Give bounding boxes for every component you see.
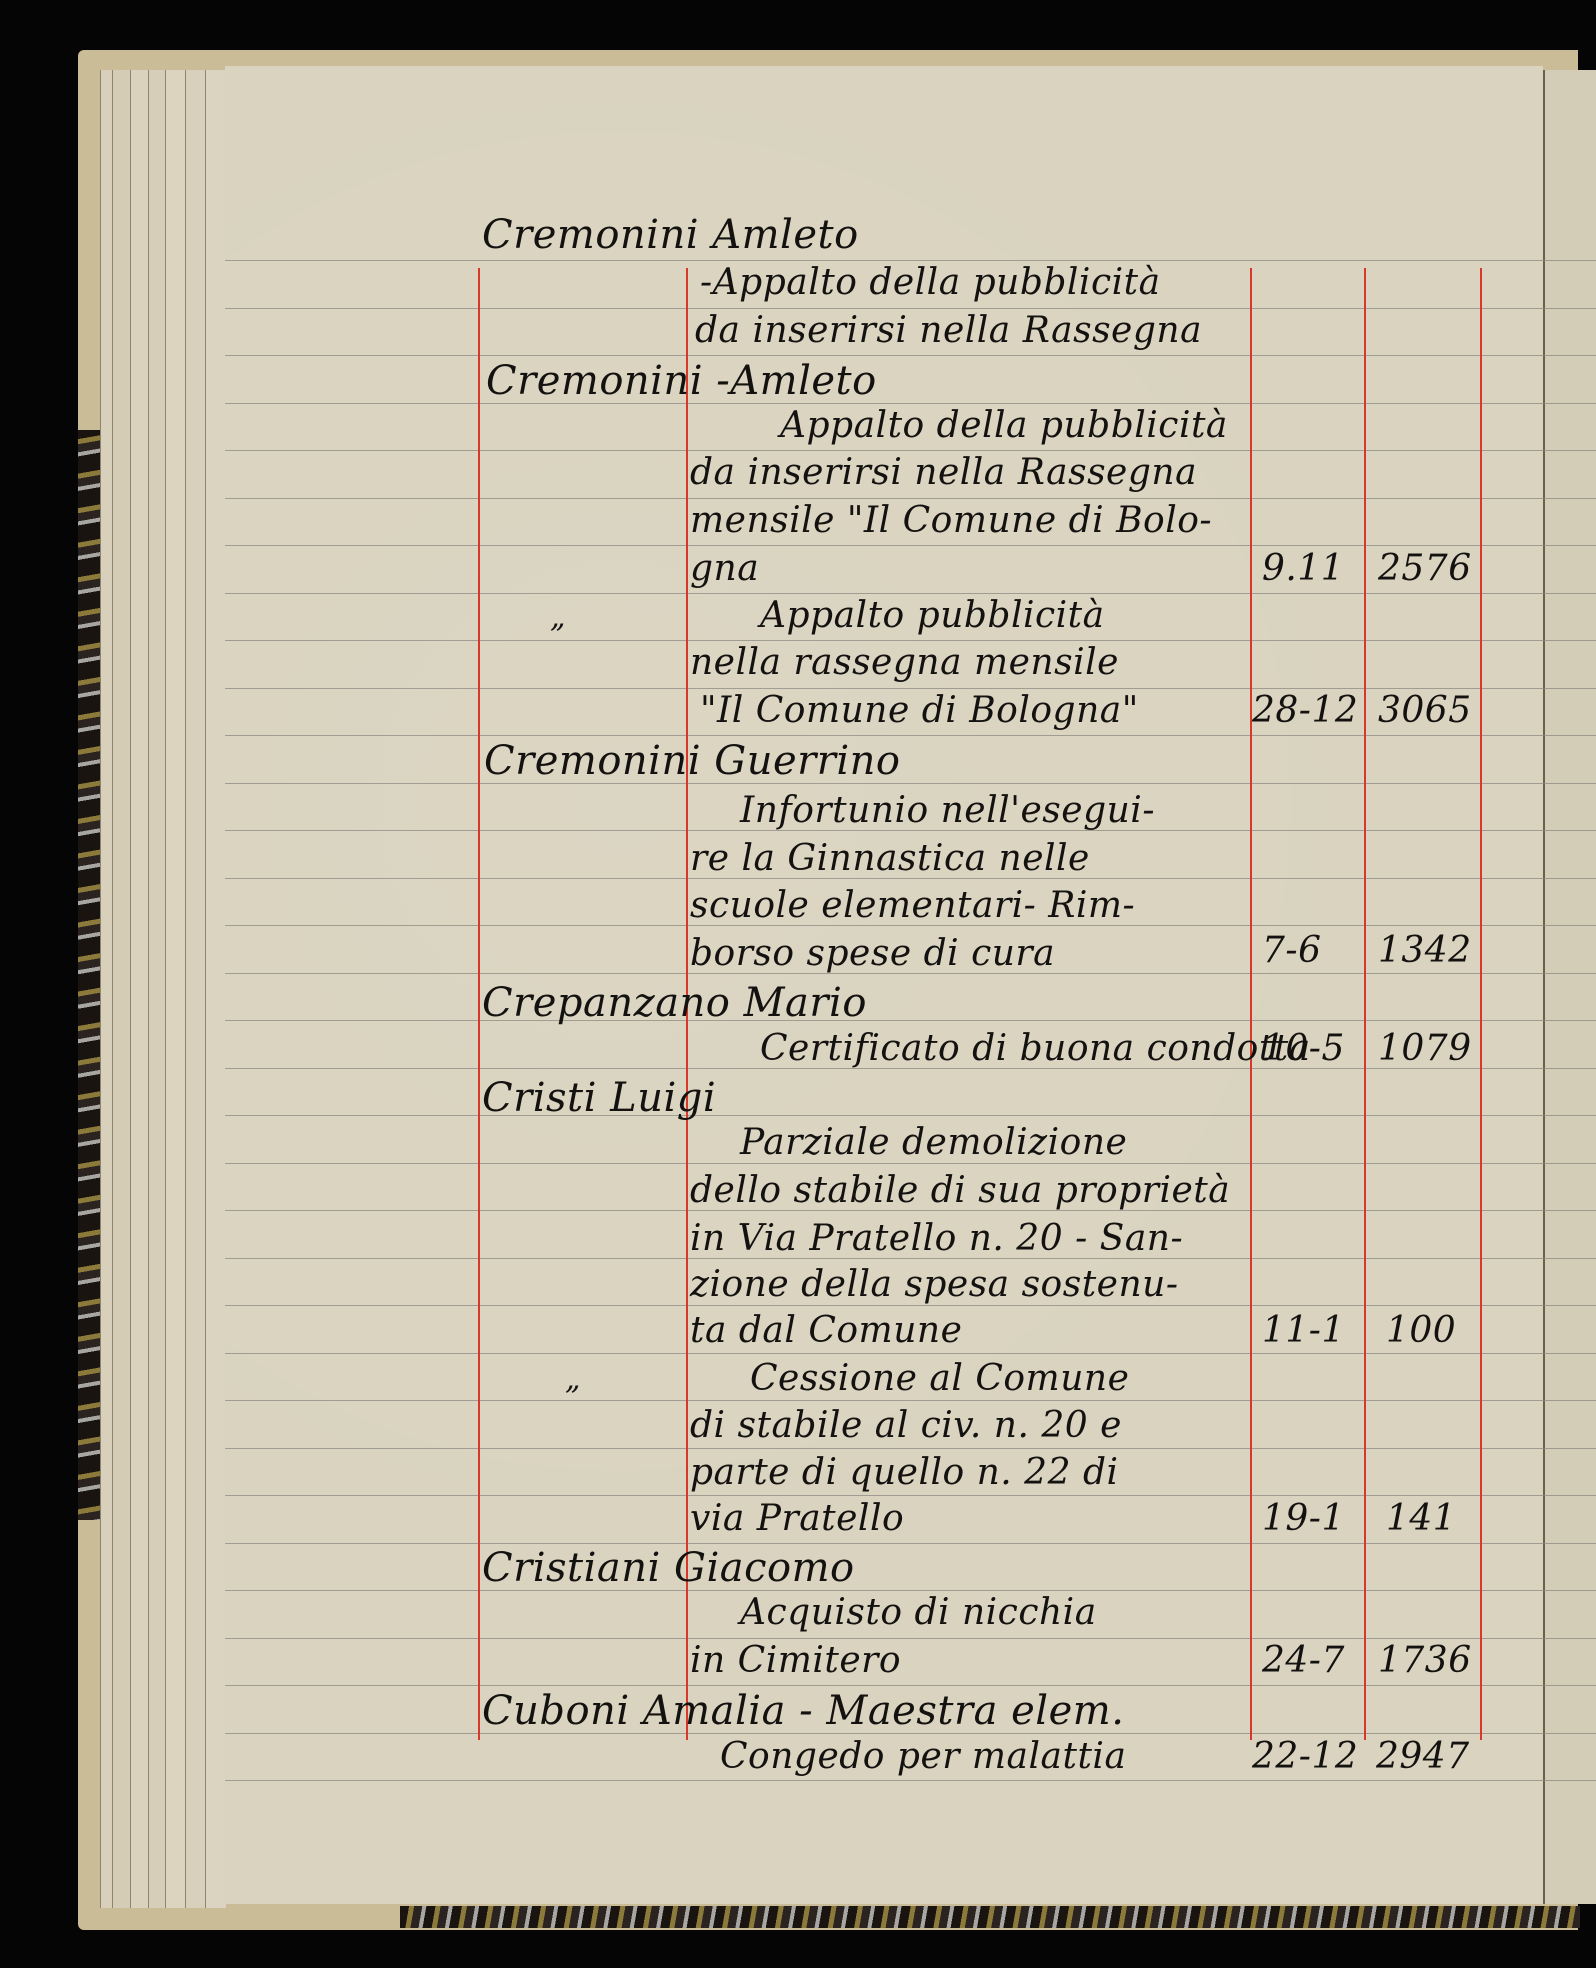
entry-number: 1342 — [1378, 930, 1472, 971]
red-column-line-date — [1250, 268, 1252, 1740]
ruled-line — [225, 450, 1596, 451]
red-column-line-right — [1480, 268, 1482, 1740]
ruled-line — [225, 1353, 1596, 1354]
ruled-line — [225, 640, 1596, 641]
entry-subject-line: Parziale demolizione — [740, 1122, 1127, 1163]
ruled-line — [225, 355, 1596, 356]
entry-date: 24-7 — [1262, 1640, 1345, 1681]
ruled-line — [225, 735, 1596, 736]
entry-number: 1079 — [1378, 1028, 1472, 1069]
entry-name: Cristi Luigi — [482, 1075, 716, 1121]
ditto-mark: „ — [550, 600, 566, 635]
entry-subject-line: da inserirsi nella Rassegna — [695, 310, 1202, 351]
entry-subject-line: parte di quello n. 22 di — [690, 1452, 1119, 1493]
entry-subject-line: mensile "Il Comune di Bolo- — [690, 500, 1212, 541]
entry-subject-line: ta dal Comune — [690, 1310, 962, 1351]
page-stack — [205, 70, 226, 1908]
entry-date: 7-6 — [1262, 930, 1321, 971]
entry-subject-line: -Appalto della pubblicità — [700, 262, 1161, 303]
entry-subject-line: Cessione al Comune — [750, 1358, 1129, 1399]
ruled-line — [225, 1163, 1596, 1164]
entry-number: 3065 — [1378, 690, 1472, 731]
entry-number: 100 — [1386, 1310, 1456, 1351]
ruled-line — [225, 593, 1596, 594]
entry-subject-line: Congedo per malattia — [720, 1736, 1126, 1777]
entry-date: 28-12 — [1252, 690, 1358, 731]
entry-date: 10-5 — [1262, 1028, 1345, 1069]
ruled-line — [225, 1448, 1596, 1449]
entry-date: 9.11 — [1262, 548, 1344, 589]
entry-name: Cristiani Giacomo — [482, 1545, 855, 1591]
entry-subject-line: gna — [690, 548, 759, 589]
ruled-line — [225, 1115, 1596, 1116]
entry-number: 141 — [1386, 1498, 1456, 1539]
marbled-cover-edge-bottom — [400, 1906, 1580, 1928]
entry-subject-line: via Pratello — [690, 1498, 904, 1539]
entry-name: Crepanzano Mario — [482, 980, 867, 1026]
ruled-line — [225, 1543, 1596, 1544]
entry-subject-line: Appalto della pubblicità — [780, 405, 1228, 446]
ruled-line — [225, 1685, 1596, 1686]
ruled-line — [225, 1020, 1596, 1021]
ruled-line — [225, 688, 1596, 689]
entry-subject-line: Appalto pubblicità — [760, 595, 1105, 636]
entry-subject-line: in Cimitero — [690, 1640, 901, 1681]
ruled-line — [225, 1305, 1596, 1306]
entry-number: 2947 — [1376, 1736, 1470, 1777]
entry-number: 2576 — [1378, 548, 1472, 589]
entry-name: Cremonini Amleto — [482, 212, 859, 258]
facing-page-edge — [1543, 70, 1596, 1904]
ruled-line — [225, 260, 1596, 261]
entry-subject-line: re la Ginnastica nelle — [690, 838, 1090, 879]
entry-subject-line: nella rassegna mensile — [690, 642, 1119, 683]
ruled-line — [225, 1780, 1596, 1781]
entry-subject-line: dello stabile di sua proprietà — [690, 1170, 1230, 1211]
ruled-line — [225, 498, 1596, 499]
ditto-mark: „ — [565, 1362, 581, 1397]
ruled-line — [225, 403, 1596, 404]
entry-subject-line: borso spese di cura — [690, 933, 1055, 974]
entry-subject-line: "Il Comune di Bologna" — [700, 690, 1139, 731]
entry-subject-line: di stabile al civ. n. 20 e — [690, 1405, 1122, 1446]
ruled-line — [225, 1400, 1596, 1401]
ruled-line — [225, 1638, 1596, 1639]
entry-name: Cremonini -Amleto — [486, 358, 877, 404]
entry-subject-line: in Via Pratello n. 20 - San- — [690, 1218, 1183, 1259]
ruled-line — [225, 1495, 1596, 1496]
entry-date: 19-1 — [1262, 1498, 1345, 1539]
red-column-line-number — [1364, 268, 1366, 1740]
entry-subject-line: zione della spesa sostenu- — [690, 1264, 1179, 1305]
ruled-line — [225, 545, 1596, 546]
entry-subject-line: Acquisto di nicchia — [740, 1592, 1097, 1633]
entry-subject-line: Certificato di buona condotta — [760, 1028, 1311, 1069]
entry-name: Cremonini Guerrino — [484, 738, 901, 784]
entry-date: 22-12 — [1252, 1736, 1358, 1777]
ruled-line — [225, 308, 1596, 309]
ruled-line — [225, 1590, 1596, 1591]
entry-name: Cuboni Amalia - Maestra elem. — [482, 1688, 1124, 1734]
entry-subject-line: Infortunio nell'esegui- — [740, 790, 1155, 831]
entry-subject-line: da inserirsi nella Rassegna — [690, 452, 1197, 493]
entry-number: 1736 — [1378, 1640, 1472, 1681]
entry-subject-line: scuole elementari- Rim- — [690, 885, 1135, 926]
red-margin-line — [478, 268, 480, 1740]
ruled-line — [225, 783, 1596, 784]
entry-date: 11-1 — [1262, 1310, 1345, 1351]
